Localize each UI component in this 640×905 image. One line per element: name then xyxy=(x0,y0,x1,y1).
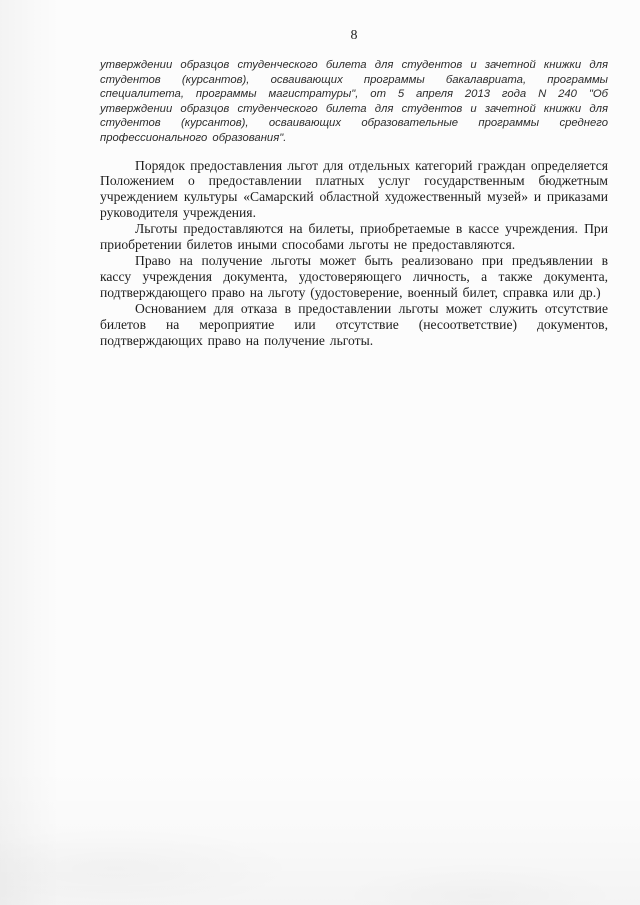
paragraph: Льготы предоставляются на билеты, приобр… xyxy=(100,221,608,253)
paragraph: Основанием для отказа в предоставлении л… xyxy=(100,301,608,349)
paragraph: Право на получение льготы может быть реа… xyxy=(100,253,608,301)
paragraph: Порядок предоставления льгот для отдельн… xyxy=(100,158,608,222)
text-block: 8 утверждении образцов студенческого бил… xyxy=(100,28,608,348)
continuation-quote-paragraph: утверждении образцов студенческого билет… xyxy=(100,58,608,146)
page-number: 8 xyxy=(100,28,608,44)
scanned-document-page: 8 утверждении образцов студенческого бил… xyxy=(0,0,640,905)
body-paragraphs: Порядок предоставления льгот для отдельн… xyxy=(100,158,608,349)
